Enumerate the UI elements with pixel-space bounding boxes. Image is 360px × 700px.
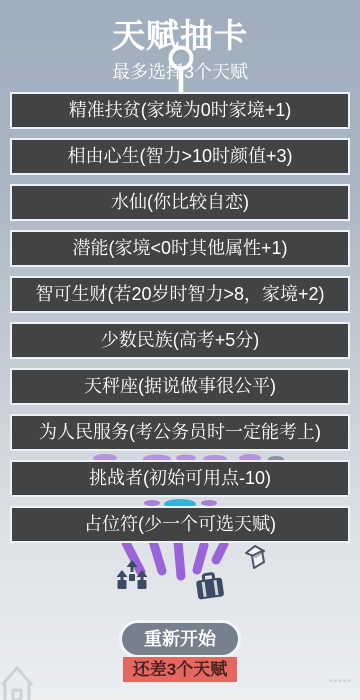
pin-icon (165, 45, 197, 93)
talent-button-6[interactable]: 少数民族(高考+5分) (10, 322, 350, 359)
people-arrows-icon (117, 560, 148, 589)
talent-button-4[interactable]: 潜能(家境<0时其他属性+1) (10, 230, 350, 267)
talent-button-3[interactable]: 水仙(你比较自恋) (10, 184, 350, 221)
watermark: ▪▪▪▪▪ (300, 676, 352, 688)
talent-button-5[interactable]: 智可生财(若20岁时智力>8，家境+2) (10, 276, 350, 313)
talent-button-7[interactable]: 天秤座(据说做事很公平) (10, 368, 350, 405)
restart-button[interactable]: 重新开始 (119, 620, 241, 658)
talent-button-2[interactable]: 相由心生(智力>10时颜值+3) (10, 138, 350, 175)
talent-list: 精准扶贫(家境为0时家境+1) 相由心生(智力>10时颜值+3) 水仙(你比较自… (10, 92, 350, 552)
talent-button-8[interactable]: 为人民服务(考公务员时一定能考上) (10, 414, 350, 451)
status-badge: 还差3个天赋 (123, 657, 237, 682)
house-icon (2, 668, 32, 700)
talent-draw-screen: 天赋抽卡 最多选择3个天赋 精准扶贫(家境为0时家境+1) 相由心生(智力>10… (0, 0, 360, 700)
talent-button-1[interactable]: 精准扶贫(家境为0时家境+1) (10, 92, 350, 129)
talent-button-10[interactable]: 占位符(少一个可选天赋) (10, 506, 350, 543)
talent-button-9[interactable]: 挑战者(初始可用点-10) (10, 460, 350, 497)
suitcase-icon (195, 572, 224, 599)
